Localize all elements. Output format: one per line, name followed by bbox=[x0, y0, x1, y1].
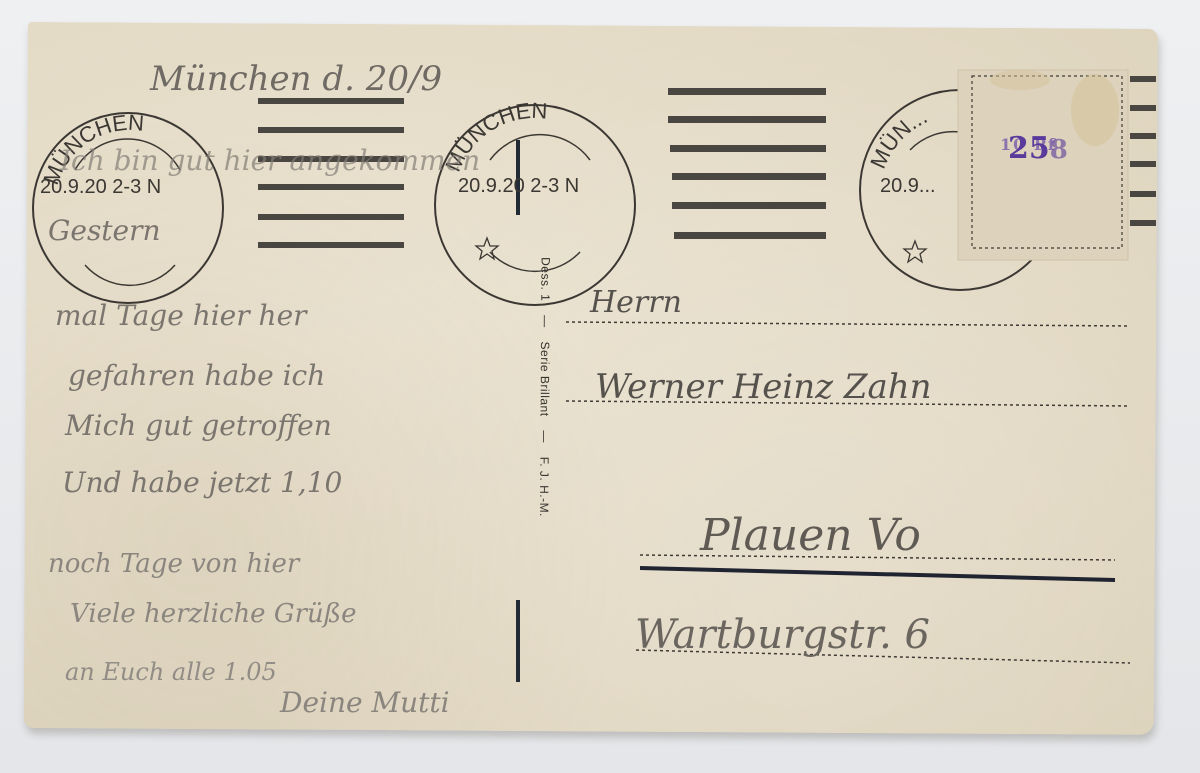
address-city: Plauen Vo bbox=[699, 510, 921, 561]
message-line: Und habe jetzt 1,10 bbox=[62, 466, 342, 499]
message-line: noch Tage von hier bbox=[48, 549, 301, 579]
cancel-bars-3 bbox=[1130, 76, 1156, 226]
message-line: Gestern bbox=[48, 214, 161, 247]
postmark-2-date: 20.9.20 2-3 N bbox=[458, 175, 579, 197]
message-signature: Deine Mutti bbox=[279, 686, 450, 719]
postmark-1-date: 20.9.20 2-3 N bbox=[40, 176, 161, 198]
message-line: mal Tage hier her bbox=[55, 299, 308, 332]
postmark-2 bbox=[435, 105, 635, 305]
stamp-overprint-value: 258 bbox=[1008, 134, 1068, 164]
postmark-3-date: 20.9... bbox=[880, 175, 936, 197]
stamp-value: 25 bbox=[1008, 131, 1050, 166]
message-line: an Euch alle 1.05 bbox=[65, 658, 277, 686]
address-name: Werner Heinz Zahn bbox=[595, 367, 932, 407]
message-line: Viele herzliche Grüße bbox=[70, 599, 357, 629]
message-line: gefahren habe ich bbox=[68, 359, 325, 392]
address-street: Wartburgstr. 6 bbox=[635, 612, 930, 658]
message-line: Ich bin gut hier angekommen bbox=[59, 144, 480, 177]
handwritten-message: München d. 20/9 Ich bin gut hier angekom… bbox=[48, 59, 480, 719]
message-line: Mich gut getroffen bbox=[64, 409, 332, 442]
address-underline bbox=[640, 568, 1115, 580]
cancel-bars-2 bbox=[668, 88, 826, 239]
handwritten-address: Herrn Werner Heinz Zahn Plauen Vo Wartbu… bbox=[589, 285, 932, 658]
message-header: München d. 20/9 bbox=[149, 59, 442, 99]
postcard-markings: MÜNCHEN 20.9.20 2-3 N MÜNCHEN 20.9.20 2-… bbox=[0, 0, 1200, 773]
address-salutation: Herrn bbox=[589, 285, 682, 320]
stamp-suffix: 8 bbox=[1050, 135, 1068, 165]
